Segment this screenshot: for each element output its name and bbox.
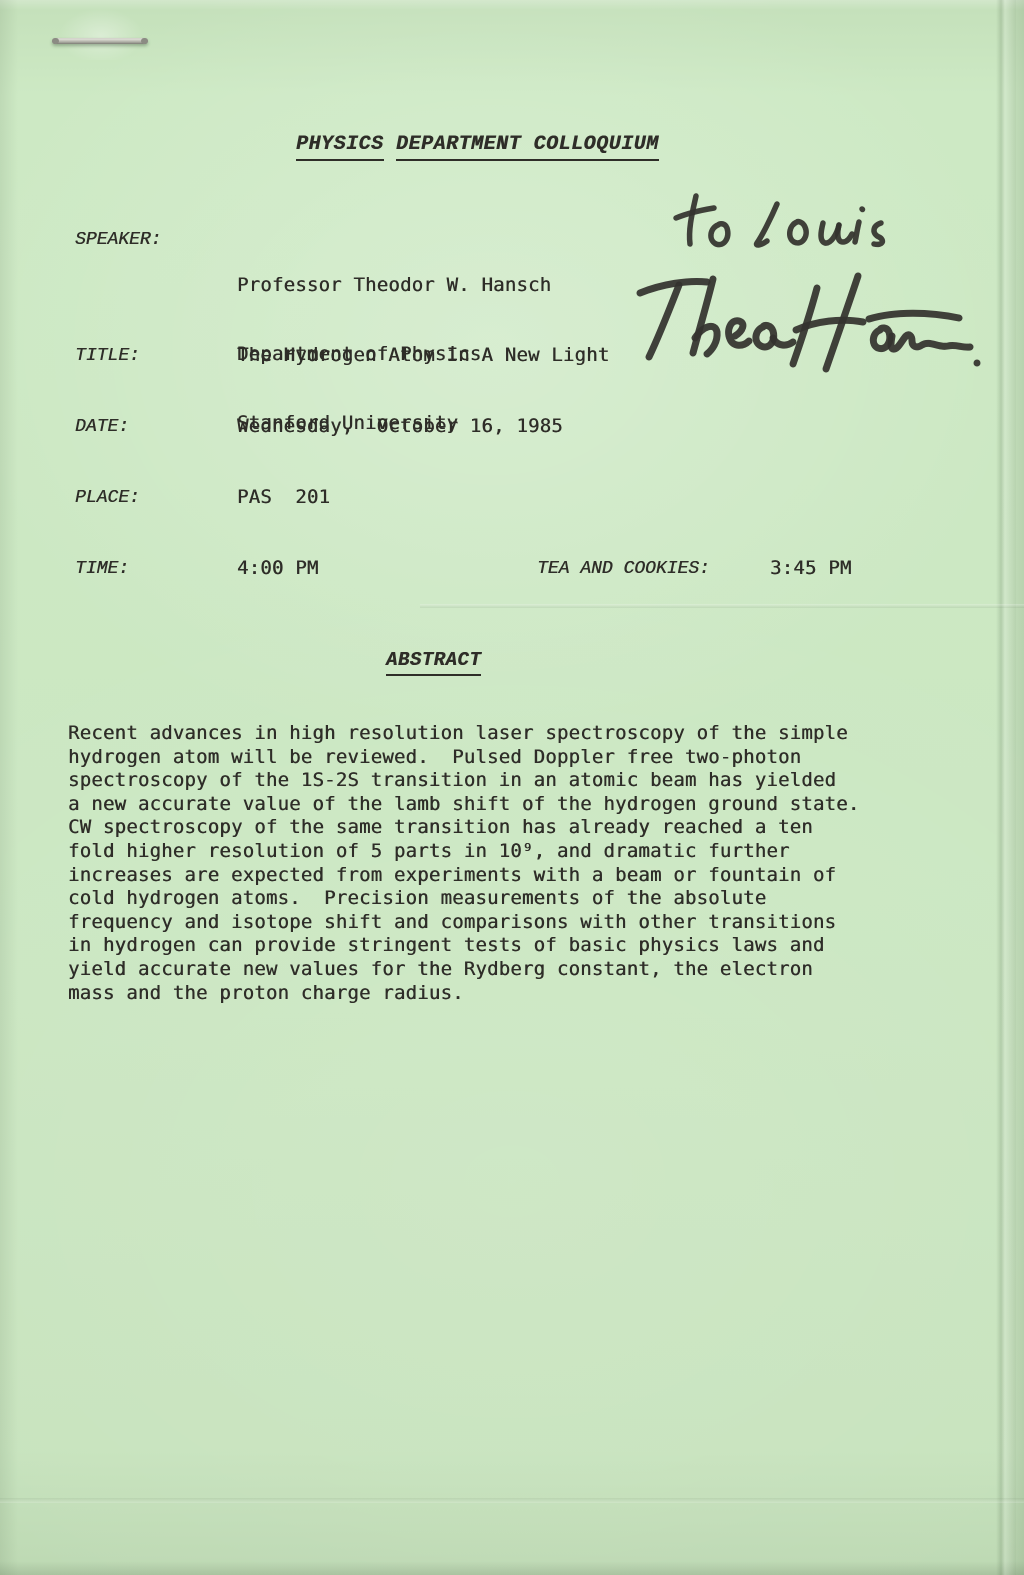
- page-title: PHYSICS DEPARTMENT COLLOQUIUM: [296, 133, 659, 156]
- paper-crease-bottom: [0, 1498, 1024, 1503]
- signature-theo-hansch: [640, 276, 981, 369]
- talk-time: 4:00 PM: [237, 557, 318, 580]
- abstract-line: yield accurate new values for the Rydber…: [68, 958, 859, 982]
- talk-place: PAS 201: [237, 486, 330, 509]
- abstract-line: CW spectroscopy of the same transition h…: [68, 816, 859, 840]
- abstract-line: in hydrogen can provide stringent tests …: [68, 934, 859, 958]
- tea-time: 3:45 PM: [770, 557, 851, 580]
- staple: [52, 38, 148, 44]
- page-title-part1: PHYSICS: [296, 133, 384, 161]
- field-label-time: TIME:: [75, 559, 129, 579]
- field-label-place: PLACE:: [75, 488, 140, 508]
- abstract-line: Recent advances in high resolution laser…: [68, 722, 859, 746]
- field-label-speaker: SPEAKER:: [75, 230, 161, 250]
- field-label-date: DATE:: [75, 417, 129, 437]
- page-title-part2: DEPARTMENT COLLOQUIUM: [396, 133, 659, 161]
- talk-date: Wednesday, October 16, 1985: [237, 415, 563, 438]
- talk-title: The Hydrogen Atom In A New Light: [237, 344, 609, 367]
- inscription-to-louis: [676, 196, 882, 245]
- scanned-colloquium-flyer: PHYSICS DEPARTMENT COLLOQUIUM SPEAKER: P…: [0, 0, 1024, 1575]
- abstract-line: fold higher resolution of 5 parts in 10⁹…: [68, 840, 859, 864]
- abstract-line: frequency and isotope shift and comparis…: [68, 911, 859, 935]
- paper-crease: [420, 604, 1024, 608]
- abstract-line: hydrogen atom will be reviewed. Pulsed D…: [68, 746, 859, 770]
- abstract-heading: ABSTRACT: [386, 649, 481, 676]
- handwriting-overlay: [600, 180, 1000, 390]
- abstract-text: Recent advances in high resolution laser…: [68, 722, 859, 1005]
- abstract-line: a new accurate value of the lamb shift o…: [68, 793, 859, 817]
- abstract-line: increases are expected from experiments …: [68, 864, 859, 888]
- staple-wear-mark: [36, 0, 166, 60]
- field-label-tea-and-cookies: TEA AND COOKIES:: [537, 559, 710, 579]
- abstract-line: mass and the proton charge radius.: [68, 982, 859, 1006]
- abstract-line: spectroscopy of the 1S-2S transition in …: [68, 769, 859, 793]
- field-label-title: TITLE:: [75, 346, 140, 366]
- speaker-name: Professor Theodor W. Hansch: [237, 274, 551, 297]
- abstract-line: cold hydrogen atoms. Precision measureme…: [68, 887, 859, 911]
